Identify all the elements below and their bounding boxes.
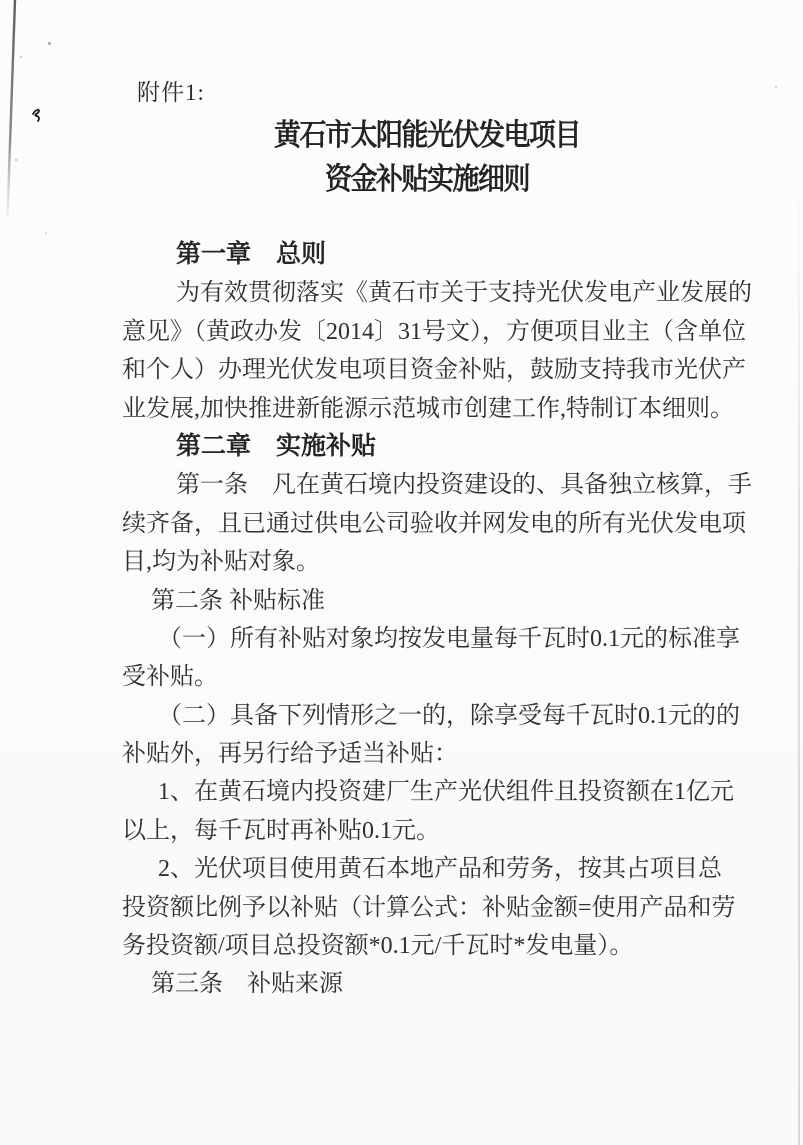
- doc-line: 补贴外，再另行给予适当补贴：: [120, 735, 803, 773]
- doc-line: （二）具备下列情形之一的，除享受每千瓦时0.1元的的: [120, 697, 803, 735]
- doc-line: 以上，每千瓦时再补贴0.1元。: [120, 812, 803, 850]
- doc-line: 业发展,加快推进新能源示范城市创建工作,特制订本细则。: [120, 390, 803, 428]
- doc-line: 2、光伏项目使用黄石本地产品和劳务，按其占项目总: [120, 850, 803, 888]
- dust-speck: [15, 159, 17, 161]
- doc-line: 1、在黄石境内投资建厂生产光伏组件且投资额在1亿元: [120, 773, 803, 811]
- attachment-label: 附件1:: [137, 80, 205, 106]
- doc-line: 和个人）办理光伏发电项目资金补贴，鼓励支持我市光伏产: [120, 351, 803, 389]
- doc-line: 意见》（黄政办发〔2014〕31号文），方便项目业主（含单位: [120, 313, 803, 351]
- doc-line: 第二条 补贴标准: [120, 582, 803, 620]
- doc-line: （一）所有补贴对象均按发电量每千瓦时0.1元的标准享: [120, 620, 803, 658]
- document-body: 第一章 总则为有效贯彻落实《黄石市关于支持光伏发电产业发展的意见》（黄政办发〔2…: [120, 236, 803, 1004]
- doc-line: 目,均为补贴对象。: [120, 543, 803, 581]
- doc-line: 第一条 凡在黄石境内投资建设的、具备独立核算，手: [120, 466, 803, 504]
- scanned-document-page: 附件1: 黄石市太阳能光伏发电项目 资金补贴实施细则 第一章 总则为有效贯彻落实…: [0, 0, 803, 1145]
- doc-line: 续齐备，且已通过供电公司验收并网发电的所有光伏发电项: [120, 505, 803, 543]
- scan-streak-artifact: [0, 0, 26, 220]
- doc-line: 受补贴。: [120, 658, 803, 696]
- doc-line: 为有效贯彻落实《黄石市关于支持光伏发电产业发展的: [120, 274, 803, 312]
- doc-line: 第一章 总则: [120, 236, 803, 274]
- doc-line: 务投资额/项目总投资额*0.1元/千瓦时*发电量）。: [120, 927, 803, 965]
- dust-speck: [20, 56, 22, 58]
- doc-line: 投资额比例予以补贴（计算公式：补贴金额=使用产品和劳: [120, 889, 803, 927]
- doc-line: 第三条 补贴来源: [120, 965, 803, 1003]
- document-title-line2: 资金补贴实施细则: [120, 162, 734, 197]
- doc-line: 第二章 实施补贴: [120, 428, 803, 466]
- dust-speck: [45, 232, 47, 234]
- dust-speck: [775, 86, 777, 88]
- document-title-line1: 黄石市太阳能光伏发电项目: [120, 118, 734, 153]
- dust-speck: [48, 42, 51, 45]
- ink-mark-artifact: [29, 105, 45, 127]
